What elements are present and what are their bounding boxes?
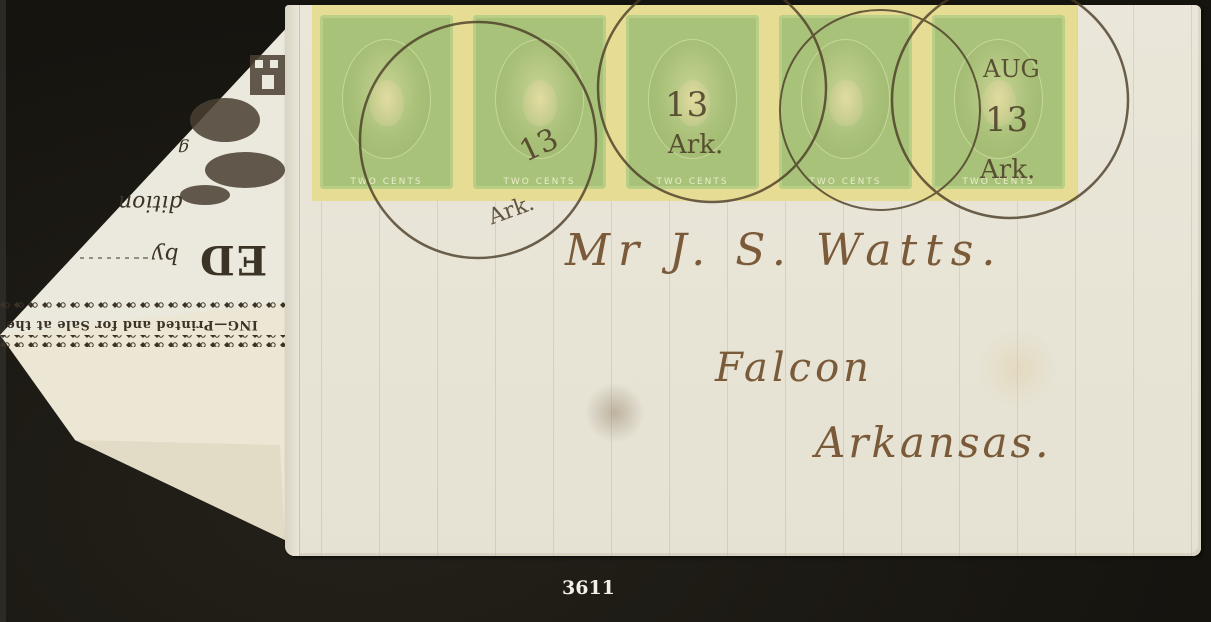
enclosure-heading-ed: ED: [198, 236, 267, 283]
enclosure-text-dition: dition: [118, 190, 182, 215]
postmark-state: Ark.: [668, 130, 723, 160]
stamp: TWO CENTS: [771, 5, 924, 201]
enclosure-printed-line: ING—Printed and for Sale at the: [6, 317, 258, 332]
portrait-icon: [370, 80, 404, 126]
address-recipient: Mr J. S. Watts.: [565, 225, 1003, 276]
portrait-icon: [829, 80, 863, 126]
lot-number: 3611: [562, 577, 615, 599]
stamp: TWO CENTS: [465, 5, 618, 201]
portrait-icon: [523, 80, 557, 126]
stamp: TWO CENTS: [312, 5, 465, 201]
postmark-month: AUG: [983, 55, 1040, 83]
envelope-fold-edge: [285, 5, 300, 556]
enclosure-text-fragment: g: [178, 138, 190, 159]
stamp-value: TWO CENTS: [626, 177, 759, 187]
address-town: Falcon: [715, 345, 873, 391]
postmark-day: 13: [985, 100, 1028, 140]
address-state: Arkansas.: [815, 418, 1051, 467]
postmark-day: 13: [665, 85, 708, 125]
stamp-value: TWO CENTS: [779, 177, 912, 187]
stamp-value: TWO CENTS: [473, 177, 606, 187]
postmark-state: Ark.: [980, 155, 1035, 185]
enclosure-text-by: by: [152, 242, 179, 267]
stamp-value: TWO CENTS: [320, 177, 453, 187]
folded-enclosure: g dition ED by ING—Printed and for Sale …: [0, 0, 310, 545]
